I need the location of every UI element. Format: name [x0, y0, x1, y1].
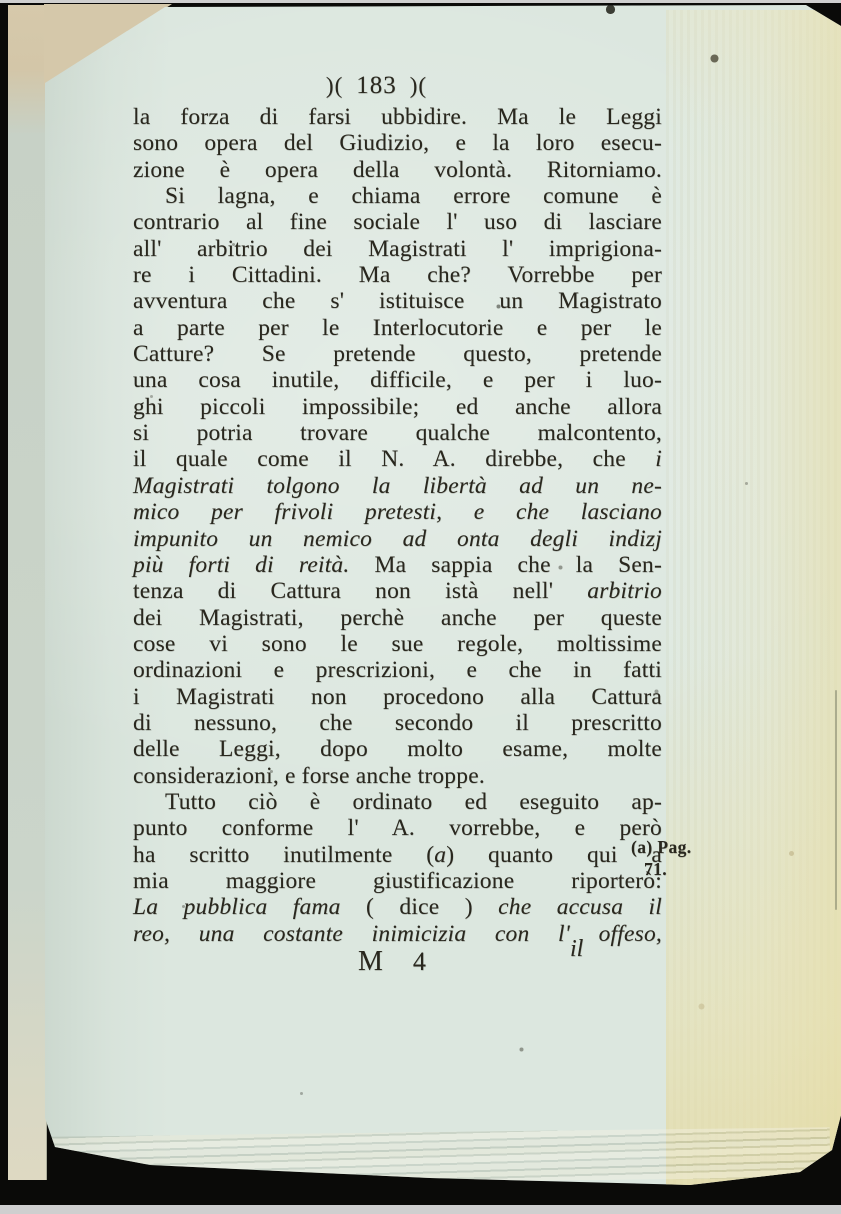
text-segment-italic: impunito un nemico ad onta degli indizj — [133, 526, 662, 552]
text-line: Catture? Se pretende questo, pretende — [133, 341, 662, 367]
text-segment: si potria trovare qualche malcontento, — [133, 420, 662, 446]
text-line: a parte per le Interlocutorie e per le — [133, 315, 662, 341]
text-segment: dei Magistrati, perchè anche per queste — [133, 605, 662, 631]
text-segment: all' arbitrio dei Magistrati l' imprigio… — [133, 236, 662, 262]
text-segment: re i Cittadini. Ma che? Vorrebbe per — [133, 262, 662, 288]
text-segment-italic: più forti di reità. — [133, 552, 374, 578]
text-segment: mia maggiore giustificazione riporterò: — [133, 868, 662, 894]
text-line: avventura che s' istituisce un Magistrat… — [133, 288, 662, 314]
text-line: re i Cittadini. Ma che? Vorrebbe per — [133, 262, 662, 288]
text-line: mia maggiore giustificazione riporterò: — [133, 868, 662, 894]
scan-stage: )(183)( la forza di farsi ubbidire. Ma l… — [0, 0, 841, 1214]
text-line: ghi piccoli impossibile; ed anche allora — [133, 394, 662, 420]
margin-note: (a) Pag. 71. — [631, 836, 692, 880]
text-line: delle Leggi, dopo molto esame, molte — [133, 736, 662, 762]
book-page: )(183)( la forza di farsi ubbidire. Ma l… — [0, 0, 841, 1214]
text-segment-italic: che accusa il — [498, 894, 662, 920]
catchword: il — [570, 936, 583, 963]
text-line: impunito un nemico ad onta degli indizj — [133, 526, 662, 552]
text-line: ordinazioni e prescrizioni, e che in fat… — [133, 657, 662, 683]
text-line: Si lagna, e chiama errore comune è — [133, 183, 662, 209]
text-segment: tenza di Cattura non istà nell' — [133, 578, 587, 604]
text-segment: cose vi sono le sue regole, moltissime — [133, 631, 662, 657]
text-line: La pubblica fama ( dice ) che accusa il — [133, 894, 662, 920]
text-line: zione è opera della volontà. Ritorniamo. — [133, 157, 662, 183]
text-segment: una cosa inutile, difficile, e per i luo… — [133, 367, 662, 393]
text-line: cose vi sono le sue regole, moltissime — [133, 631, 662, 657]
header-ornament-right: )( — [410, 73, 427, 98]
margin-note-page: 71. — [644, 858, 692, 880]
underlying-page-edge — [8, 5, 47, 1180]
signature-mark: M4 — [358, 946, 426, 978]
text-segment: Ma sappia che la Sen- — [374, 552, 662, 578]
page-header: )(183)( — [133, 72, 662, 100]
text-segment: i Magistrati non procedono alla Cattura — [133, 684, 662, 710]
page-number: 183 — [356, 72, 397, 99]
text-line: all' arbitrio dei Magistrati l' imprigio… — [133, 236, 662, 262]
paper-crease — [835, 690, 837, 910]
text-line: Magistrati tolgono la libertà ad un ne- — [133, 473, 662, 499]
text-line: punto conforme l' A. vorrebbe, e però — [133, 815, 662, 841]
text-segment-italic: i — [655, 446, 662, 472]
text-segment: contrario al fine sociale l' uso di lasc… — [133, 209, 662, 235]
text-line: una cosa inutile, difficile, e per i luo… — [133, 367, 662, 393]
text-segment: ha scritto inutilmente ( — [133, 842, 434, 868]
text-segment: punto conforme l' A. vorrebbe, e però — [133, 815, 662, 841]
text-line: il quale come il N. A. direbbe, che i — [133, 446, 662, 472]
text-line: i Magistrati non procedono alla Cattura — [133, 684, 662, 710]
text-line: mico per frivoli pretesti, e che lascian… — [133, 499, 662, 525]
signature-number: 4 — [413, 947, 426, 976]
text-segment: Si lagna, e chiama errore comune è — [165, 183, 662, 209]
text-segment: di nessuno, che secondo il prescritto — [133, 710, 662, 736]
signature-letter: M — [358, 946, 383, 977]
text-line: si potria trovare qualche malcontento, — [133, 420, 662, 446]
text-segment-italic: arbitrio — [587, 578, 662, 604]
text-line: tenza di Cattura non istà nell' arbitrio — [133, 578, 662, 604]
text-segment: ) quanto qui a — [446, 842, 662, 868]
text-segment: sono opera del Giudizio, e la loro esecu… — [133, 130, 662, 156]
text-line: sono opera del Giudizio, e la loro esecu… — [133, 130, 662, 156]
fore-edge-pages — [666, 10, 841, 1185]
margin-note-reference: (a) Pag. — [631, 836, 692, 858]
text-segment: la forza di farsi ubbidire. Ma le Leggi — [133, 104, 662, 130]
text-segment: delle Leggi, dopo molto esame, molte — [133, 736, 662, 762]
text-line: considerazioni, e forse anche troppe. — [133, 763, 662, 789]
header-ornament-left: )( — [326, 73, 343, 98]
text-line: contrario al fine sociale l' uso di lasc… — [133, 209, 662, 235]
text-segment: considerazioni, e forse anche troppe. — [133, 763, 485, 789]
text-line: di nessuno, che secondo il prescritto — [133, 710, 662, 736]
text-line: ha scritto inutilmente (a) quanto qui a — [133, 842, 662, 868]
text-segment: Catture? Se pretende questo, pretende — [133, 341, 662, 367]
text-segment: a parte per le Interlocutorie e per le — [133, 315, 662, 341]
text-line: più forti di reità. Ma sappia che la Sen… — [133, 552, 662, 578]
body-text: la forza di farsi ubbidire. Ma le Leggis… — [133, 104, 662, 947]
text-segment: il quale come il N. A. direbbe, che — [133, 446, 655, 472]
text-segment-italic: mico per frivoli pretesti, e che lascian… — [133, 499, 662, 525]
text-line: Tutto ciò è ordinato ed eseguito ap- — [133, 789, 662, 815]
text-segment: ordinazioni e prescrizioni, e che in fat… — [133, 657, 662, 683]
text-segment: avventura che s' istituisce un Magistrat… — [133, 288, 662, 314]
text-segment: ( dice ) — [366, 894, 498, 920]
text-segment: ghi piccoli impossibile; ed anche allora — [133, 394, 662, 420]
text-line: dei Magistrati, perchè anche per queste — [133, 605, 662, 631]
text-line: la forza di farsi ubbidire. Ma le Leggi — [133, 104, 662, 130]
text-segment: zione è opera della volontà. Ritorniamo. — [133, 157, 662, 183]
text-segment-italic: La pubblica fama — [133, 894, 366, 920]
text-segment-italic: Magistrati tolgono la libertà ad un ne- — [133, 473, 662, 499]
text-segment-italic: a — [434, 842, 446, 868]
text-segment: Tutto ciò è ordinato ed eseguito ap- — [165, 789, 662, 815]
